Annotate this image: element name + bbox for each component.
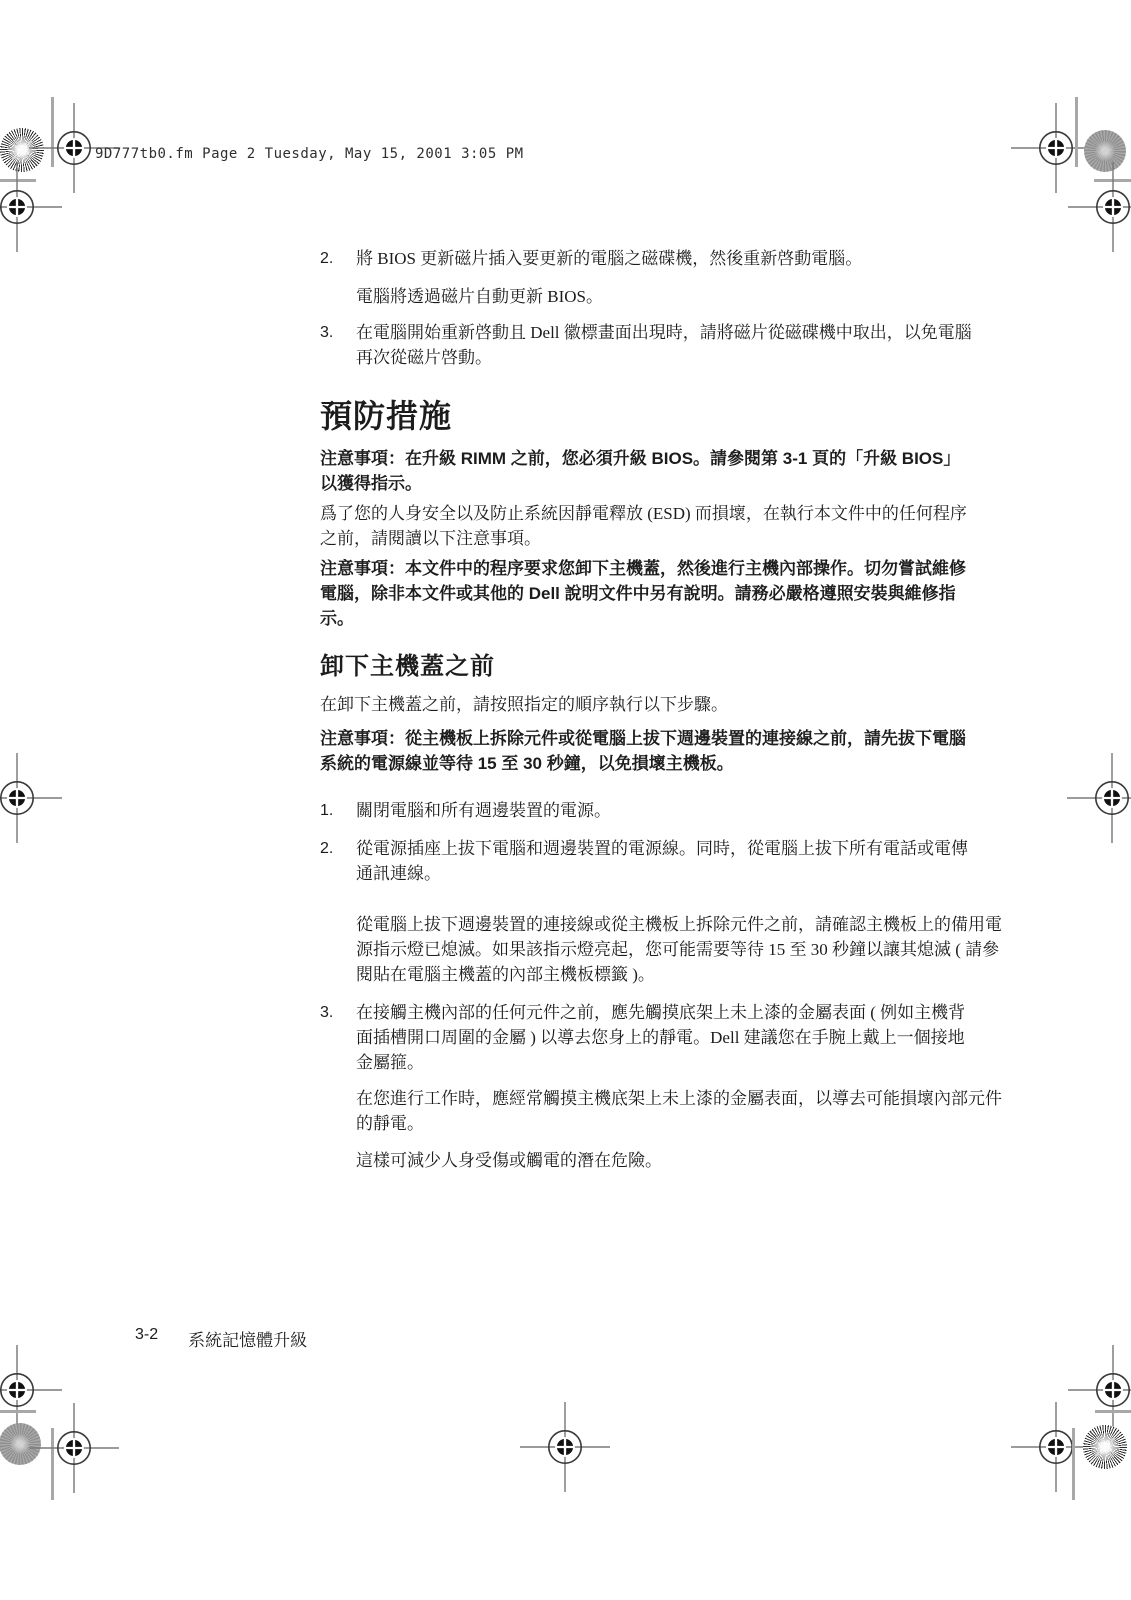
calibration-pinwheel-icon: [1083, 1425, 1127, 1469]
list-item-text: 關閉電腦和所有週邊裝置的電源。: [356, 798, 972, 823]
list-item-note: 從電腦上拔下週邊裝置的連接線或從主機板上拆除元件之前，請確認主機板上的備用電源指…: [320, 912, 1008, 987]
list-number: 1.: [320, 798, 356, 823]
list-number: 3.: [320, 1000, 356, 1075]
list-item-text: 從電源插座上拔下電腦和週邊裝置的電源線。同時，從電腦上拔下所有電話或電傳通訊連線…: [356, 836, 972, 886]
list-item: 2. 將 BIOS 更新磁片插入要更新的電腦之磁碟機，然後重新啓動電腦。: [320, 246, 972, 271]
registration-mark-icon: [0, 753, 62, 843]
subsection-title: 卸下主機蓋之前: [320, 652, 972, 682]
list-item-note: 電腦將透過磁片自動更新 BIOS。: [320, 284, 1008, 309]
notice-paragraph: 注意事項：從主機板上拆除元件或從電腦上拔下週邊裝置的連接線之前，請先拔下電腦系統…: [320, 726, 972, 776]
page-number: 3-2: [135, 1326, 158, 1351]
list-item-text: 在電腦開始重新啓動且 Dell 徽標畫面出現時，請將磁片從磁碟機中取出，以免電腦…: [356, 320, 972, 370]
list-number: 3.: [320, 320, 356, 370]
list-item: 1. 關閉電腦和所有週邊裝置的電源。: [320, 798, 972, 823]
registration-mark-icon: [0, 162, 62, 252]
footer-section-title: 系統記憶體升級: [188, 1326, 307, 1351]
list-item: 3. 在電腦開始重新啓動且 Dell 徽標畫面出現時，請將磁片從磁碟機中取出，以…: [320, 320, 972, 370]
list-item-note: 在您進行工作時，應經常觸摸主機底架上未上漆的金屬表面，以導去可能損壞內部元件的靜…: [320, 1086, 1008, 1136]
crop-mark: [1075, 97, 1078, 167]
notice-paragraph: 注意事項：在升級 RIMM 之前，您必須升級 BIOS。請參閱第 3-1 頁的「…: [320, 446, 972, 496]
page-footer: 3-2 系統記憶體升級: [135, 1326, 307, 1351]
registration-mark-icon: [29, 1403, 119, 1493]
list-item: 3. 在接觸主機內部的任何元件之前，應先觸摸底架上未上漆的金屬表面 ( 例如主機…: [320, 1000, 972, 1075]
registration-mark-icon: [1067, 753, 1131, 843]
section-title: 預防措施: [320, 396, 972, 436]
registration-mark-icon: [1068, 162, 1131, 252]
file-info-header: 9D777tb0.fm Page 2 Tuesday, May 15, 2001…: [95, 146, 524, 162]
registration-mark-icon: [520, 1402, 610, 1492]
list-item: 2. 從電源插座上拔下電腦和週邊裝置的電源線。同時，從電腦上拔下所有電話或電傳通…: [320, 836, 972, 886]
list-item-note: 這樣可減少人身受傷或觸電的潛在危險。: [320, 1148, 1008, 1173]
manual-page: 9D777tb0.fm Page 2 Tuesday, May 15, 2001…: [0, 0, 1131, 1600]
notice-paragraph: 注意事項：本文件中的程序要求您卸下主機蓋，然後進行主機內部操作。切勿嘗試維修電腦…: [320, 556, 972, 631]
paragraph: 在卸下主機蓋之前，請按照指定的順序執行以下步驟。: [320, 692, 972, 717]
list-number: 2.: [320, 246, 356, 271]
list-item-text: 在接觸主機內部的任何元件之前，應先觸摸底架上未上漆的金屬表面 ( 例如主機背面插…: [356, 1000, 972, 1075]
list-number: 2.: [320, 836, 356, 886]
crop-mark: [1072, 1428, 1075, 1500]
paragraph: 爲了您的人身安全以及防止系統因靜電釋放 (ESD) 而損壞，在執行本文件中的任何…: [320, 501, 972, 551]
list-item-text: 將 BIOS 更新磁片插入要更新的電腦之磁碟機，然後重新啓動電腦。: [356, 246, 972, 271]
